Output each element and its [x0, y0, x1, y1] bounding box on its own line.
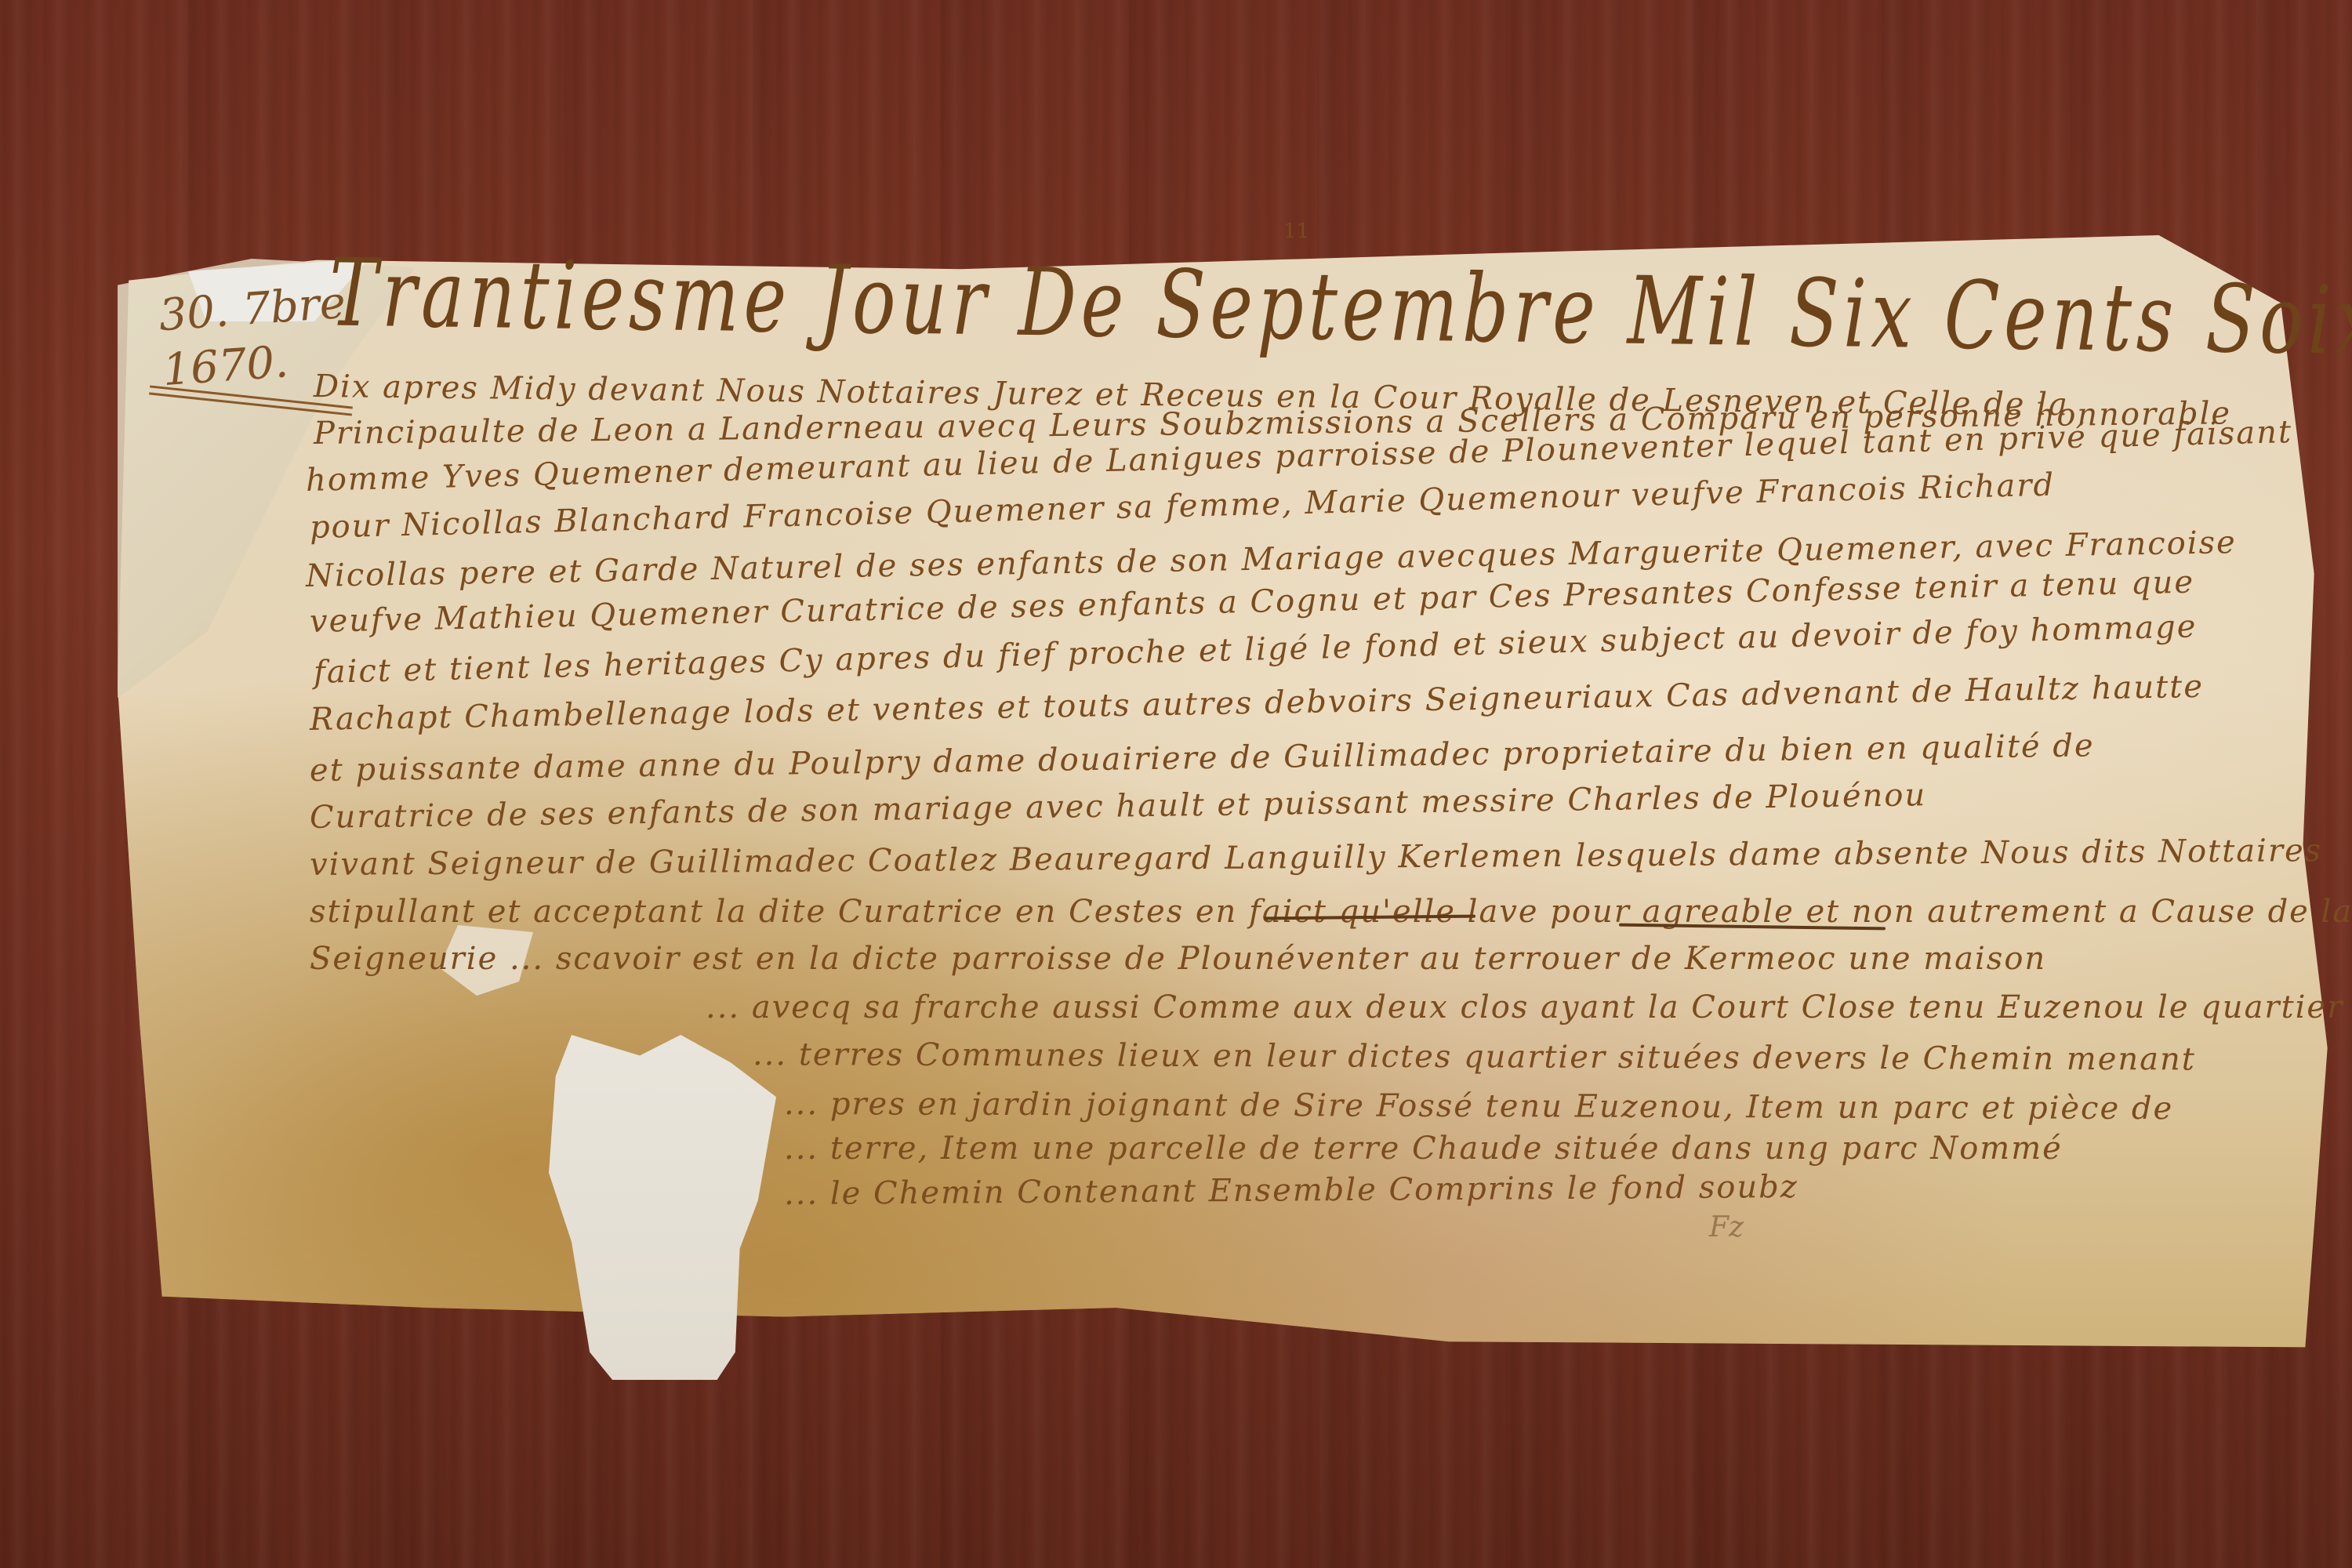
- repair-patch: [549, 1035, 776, 1380]
- text-line: ... le Chemin Contenant Ensemble Comprin…: [784, 1169, 1798, 1212]
- text-line: stipullant et acceptant la dite Curatric…: [310, 894, 2352, 930]
- text-line: Seigneurie ... scavoir est en la dicte p…: [310, 941, 2046, 977]
- trailing-mark: Fz: [1709, 1211, 1744, 1243]
- text-line: ... terre, Item une parcelle de terre Ch…: [784, 1131, 2063, 1167]
- text-line: ... pres en jardin joignant de Sire Foss…: [784, 1086, 2173, 1127]
- heading-superscript: 11: [1283, 220, 1309, 243]
- text-line: ... avecq sa frarche aussi Comme aux deu…: [706, 989, 2343, 1025]
- text-line: ... terres Communes lieux en leur dictes…: [753, 1036, 2196, 1077]
